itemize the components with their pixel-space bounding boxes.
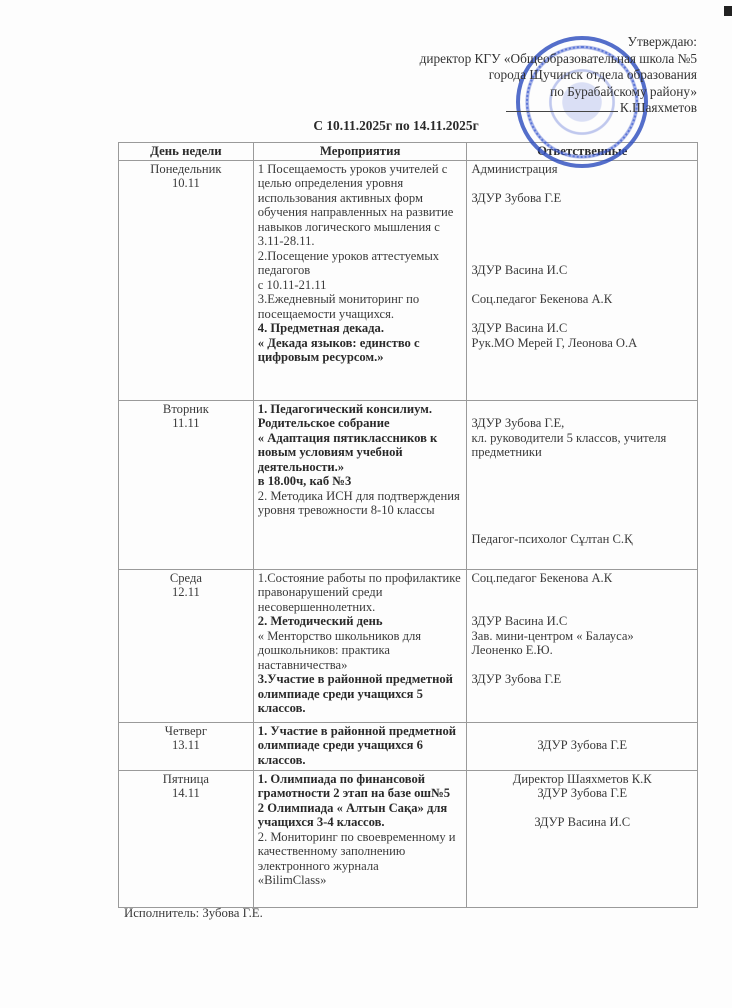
event-item: с 10.11-21.11 — [258, 278, 463, 293]
event-item: 1. Олимпиада по финансовой грамотности 2… — [258, 772, 463, 801]
table-row: Четверг13.111. Участие в районной предме… — [119, 722, 698, 770]
spacer — [471, 307, 693, 322]
approval-line: города Щучинск отдела образования — [420, 67, 697, 84]
responsible-person: ЗДУР Зубова Г.Е — [471, 191, 693, 206]
event-item: 1. Педагогический консилиум. — [258, 402, 463, 417]
event-item: «BilimClass» — [258, 873, 463, 888]
spacer — [471, 658, 693, 673]
table-row: Вторник11.111. Педагогический консилиум.… — [119, 400, 698, 569]
event-item: « Адаптация пятиклассников к новым услов… — [258, 431, 463, 475]
events-cell: 1. Олимпиада по финансовой грамотности 2… — [253, 770, 467, 907]
event-item: 1.Состояние работы по профилактике право… — [258, 571, 463, 615]
date-label: 11.11 — [123, 416, 249, 431]
spacer — [471, 176, 693, 191]
responsible-person: Соц.педагог Бекенова А.К — [471, 292, 693, 307]
weekday-label: Среда — [123, 571, 249, 586]
spacer — [471, 518, 693, 533]
event-item: 2 Олимпиада « Алтын Сақа» для учащихся 3… — [258, 801, 463, 830]
spacer — [471, 474, 693, 489]
responsible-person: Директор Шаяхметов К.К — [471, 772, 693, 787]
event-item: 3.Участие в районной предметной олимпиад… — [258, 672, 463, 716]
responsible-person: ЗДУР Зубова Г.Е — [471, 672, 693, 687]
weekday-label: Четверг — [123, 724, 249, 739]
event-item: 2. Методический день — [258, 614, 463, 629]
event-item: 2. Мониторинг по своевременному и качест… — [258, 830, 463, 874]
event-item: 3.Ежедневный мониторинг по посещаемости … — [258, 292, 463, 321]
spacer — [471, 460, 693, 475]
responsible-person: Зав. мини-центром « Балауса» — [471, 629, 693, 644]
spacer — [471, 205, 693, 220]
responsible-cell: Директор Шаяхметов К.КЗДУР Зубова Г.ЕЗДУ… — [467, 770, 698, 907]
responsible-cell: Соц.педагог Бекенова А.КЗДУР Васина И.СЗ… — [467, 569, 698, 722]
spacer — [471, 724, 693, 739]
spacer — [471, 234, 693, 249]
spacer — [471, 503, 693, 518]
approval-signature-row: К.Шаяхметов — [420, 100, 697, 117]
date-label: 10.11 — [123, 176, 249, 191]
day-cell: Четверг13.11 — [119, 722, 254, 770]
event-item: « Менторство школьников для дошкольников… — [258, 629, 463, 673]
header-events: Мероприятия — [253, 143, 467, 161]
events-cell: 1. Участие в районной предметной олимпиа… — [253, 722, 467, 770]
weekday-label: Пятница — [123, 772, 249, 787]
table-row: Среда12.111.Состояние работы по профилак… — [119, 569, 698, 722]
responsible-person: ЗДУР Зубова Г.Е — [471, 738, 693, 753]
spacer — [471, 402, 693, 417]
approval-signatory: К.Шаяхметов — [620, 100, 697, 115]
event-item: 1. Участие в районной предметной олимпиа… — [258, 724, 463, 768]
approval-block: Утверждаю: директор КГУ «Общеобразовател… — [420, 34, 697, 117]
weekday-label: Вторник — [123, 402, 249, 417]
responsible-cell: ЗДУР Зубова Г.Е,кл. руководители 5 класс… — [467, 400, 698, 569]
weekly-plan-table: День недели Мероприятия Ответственные По… — [118, 142, 698, 908]
spacer — [471, 278, 693, 293]
responsible-person: Рук.МО Мерей Г, Леонова О.А — [471, 336, 693, 351]
event-item: 2. Методика ИСН для подтверждения уровня… — [258, 489, 463, 518]
table-row: Понедельник10.111 Посещаемость уроков уч… — [119, 160, 698, 400]
responsible-person: кл. руководители 5 классов, учителя пред… — [471, 431, 693, 460]
spacer — [471, 801, 693, 816]
scan-corner-mark — [724, 6, 732, 16]
date-label: 14.11 — [123, 786, 249, 801]
events-cell: 1.Состояние работы по профилактике право… — [253, 569, 467, 722]
event-item: 2.Посещение уроков аттестуемых педагогов — [258, 249, 463, 278]
responsible-person: ЗДУР Васина И.С — [471, 321, 693, 336]
executor-note: Исполнитель: Зубова Г.Е. — [124, 906, 263, 921]
responsible-person: ЗДУР Зубова Г.Е — [471, 786, 693, 801]
responsible-person: Соц.педагог Бекенова А.К — [471, 571, 693, 586]
header-day: День недели — [119, 143, 254, 161]
day-cell: Понедельник10.11 — [119, 160, 254, 400]
date-label: 12.11 — [123, 585, 249, 600]
responsible-person: ЗДУР Васина И.С — [471, 614, 693, 629]
approval-line: Утверждаю: — [420, 34, 697, 51]
spacer — [471, 220, 693, 235]
spacer — [471, 249, 693, 264]
responsible-person: ЗДУР Васина И.С — [471, 815, 693, 830]
events-cell: 1 Посещаемость уроков учителей с целью о… — [253, 160, 467, 400]
day-cell: Среда12.11 — [119, 569, 254, 722]
spacer — [471, 600, 693, 615]
event-item: 1 Посещаемость уроков учителей с целью о… — [258, 162, 463, 249]
date-label: 13.11 — [123, 738, 249, 753]
spacer — [471, 489, 693, 504]
table-row: Пятница14.111. Олимпиада по финансовой г… — [119, 770, 698, 907]
signature-line — [506, 101, 618, 112]
responsible-cell: АдминистрацияЗДУР Зубова Г.ЕЗДУР Васина … — [467, 160, 698, 400]
event-item: 4. Предметная декада. — [258, 321, 463, 336]
responsible-person: ЗДУР Васина И.С — [471, 263, 693, 278]
events-cell: 1. Педагогический консилиум.Родительское… — [253, 400, 467, 569]
event-item: Родительское собрание — [258, 416, 463, 431]
event-item: « Декада языков: единство с цифровым рес… — [258, 336, 463, 365]
approval-line: по Бурабайскому району» — [420, 84, 697, 101]
event-item: в 18.00ч, каб №3 — [258, 474, 463, 489]
weekday-label: Понедельник — [123, 162, 249, 177]
responsible-person: ЗДУР Зубова Г.Е, — [471, 416, 693, 431]
responsible-person: Педагог-психолог Сұлтан С.Қ — [471, 532, 693, 547]
day-cell: Пятница14.11 — [119, 770, 254, 907]
spacer — [471, 585, 693, 600]
day-cell: Вторник11.11 — [119, 400, 254, 569]
responsible-cell: ЗДУР Зубова Г.Е — [467, 722, 698, 770]
responsible-person: Леоненко Е.Ю. — [471, 643, 693, 658]
approval-line: директор КГУ «Общеобразовательная школа … — [420, 51, 697, 68]
